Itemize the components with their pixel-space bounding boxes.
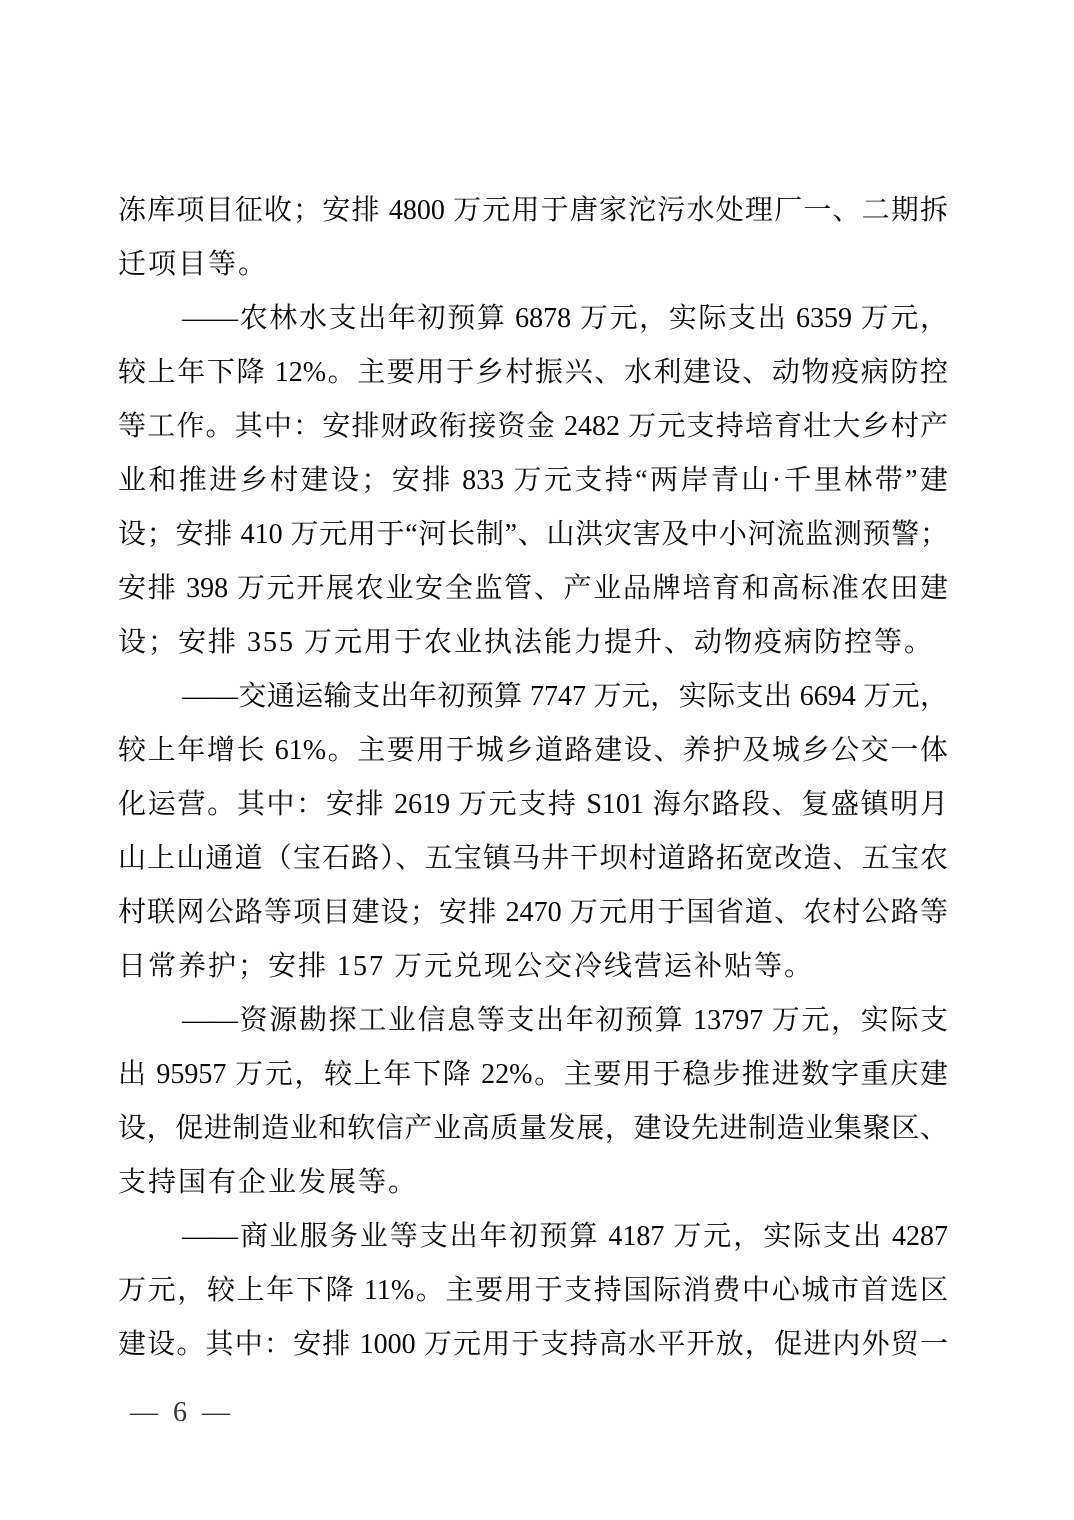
document-page: 冻库项目征收；安排 4800 万元用于唐家沱污水处理厂一、二期拆 迁项目等。 —… xyxy=(0,0,1074,1520)
body-text: 冻库项目征收；安排 4800 万元用于唐家沱污水处理厂一、二期拆 迁项目等。 —… xyxy=(118,184,948,1372)
text-line: 较上年增长 61%。主要用于城乡道路建设、养护及城乡公交一体 xyxy=(118,724,948,778)
text-line: 化运营。其中：安排 2619 万元支持 S101 海尔路段、复盛镇明月 xyxy=(118,778,948,832)
text-line: 设；安排 355 万元用于农业执法能力提升、动物疫病防控等。 xyxy=(118,616,948,670)
text-line: ——商业服务业等支出年初预算 4187 万元，实际支出 4287 xyxy=(118,1210,948,1264)
text-line: 安排 398 万元开展农业安全监管、产业品牌培育和高标准农田建 xyxy=(118,562,948,616)
text-line: ——农林水支出年初预算 6878 万元，实际支出 6359 万元， xyxy=(118,292,948,346)
text-line: 等工作。其中：安排财政衔接资金 2482 万元支持培育壮大乡村产 xyxy=(118,400,948,454)
text-line: 业和推进乡村建设；安排 833 万元支持“两岸青山·千里林带”建 xyxy=(118,454,948,508)
page-number: — 6 — xyxy=(130,1396,234,1430)
text-line: 设；安排 410 万元用于“河长制”、山洪灾害及中小河流监测预警； xyxy=(118,508,948,562)
text-line: 日常养护；安排 157 万元兑现公交冷线营运补贴等。 xyxy=(118,940,948,994)
text-line: 山上山通道（宝石路）、五宝镇马井干坝村道路拓宽改造、五宝农 xyxy=(118,832,948,886)
text-line: 迁项目等。 xyxy=(118,238,948,292)
text-line: 建设。其中：安排 1000 万元用于支持高水平开放，促进内外贸一 xyxy=(118,1318,948,1372)
text-line: 出 95957 万元，较上年下降 22%。主要用于稳步推进数字重庆建 xyxy=(118,1048,948,1102)
text-line: 万元，较上年下降 11%。主要用于支持国际消费中心城市首选区 xyxy=(118,1264,948,1318)
text-line: ——交通运输支出年初预算 7747 万元，实际支出 6694 万元， xyxy=(118,670,948,724)
text-line: 冻库项目征收；安排 4800 万元用于唐家沱污水处理厂一、二期拆 xyxy=(118,184,948,238)
text-line: ——资源勘探工业信息等支出年初预算 13797 万元，实际支 xyxy=(118,994,948,1048)
text-line: 较上年下降 12%。主要用于乡村振兴、水利建设、动物疫病防控 xyxy=(118,346,948,400)
text-line: 设，促进制造业和软信产业高质量发展，建设先进制造业集聚区、 xyxy=(118,1102,948,1156)
text-line: 支持国有企业发展等。 xyxy=(118,1156,948,1210)
text-line: 村联网公路等项目建设；安排 2470 万元用于国省道、农村公路等 xyxy=(118,886,948,940)
